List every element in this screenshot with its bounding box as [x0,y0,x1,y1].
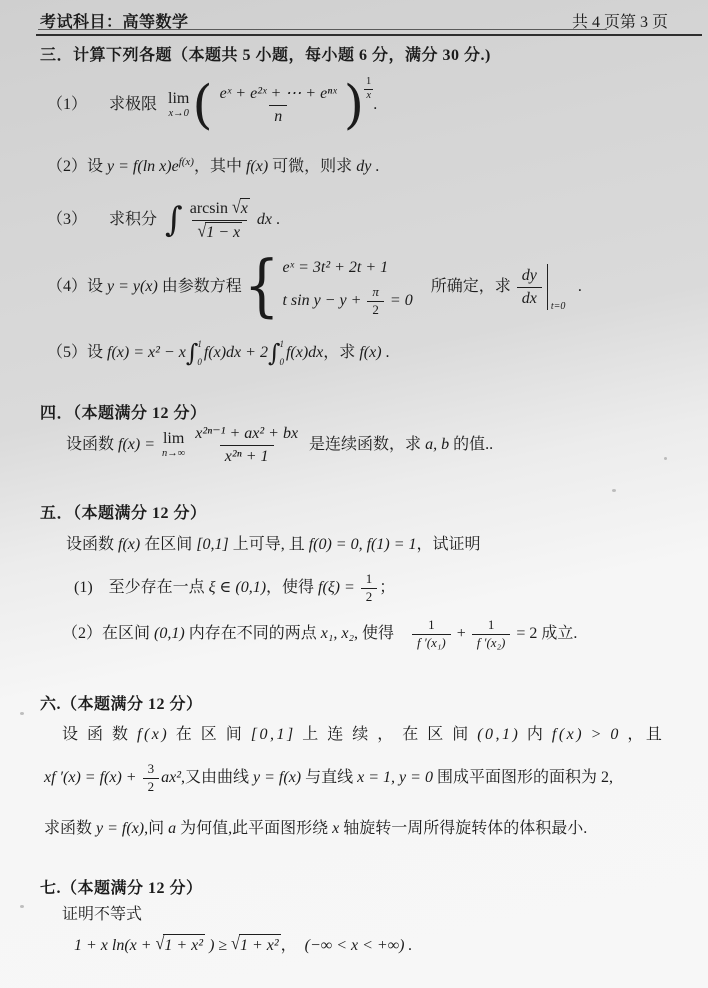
p2-math: (0,1) [154,625,185,642]
section5-part1: (1) 至少存在一点 ξ ∈ (0,1)，使得 f(ξ) = 12； [74,572,395,605]
question-3-5: （5）设 f(x) = x² − x∫10f(x)dx + 2∫10f(x)dx… [47,340,390,367]
equals-two: = 2 [512,625,541,642]
lim-word: lim [168,91,189,107]
cases-system: {eˣ = 3t² + 2t + 1t sin y − y + π2 = 0 [244,257,413,317]
case-rows: eˣ = 3t² + 2t + 1t sin y − y + π2 = 0 [282,257,412,317]
s6p3-math: y = f(x) [96,820,144,837]
frac-num: 3 [143,762,160,778]
q4-label: （4） [47,278,87,295]
s4-math2: a, b [425,436,449,453]
q2-superscript: f(x) [179,156,194,168]
s5-math3: f(0) = 0, f(1) = 1 [309,536,417,553]
s6p3-text3: 为何值,此平面图形绕 [176,820,332,837]
lim-word: lim [163,431,184,447]
p1-tail: ； [379,579,395,596]
two: 2 [367,301,384,318]
section4-title: 四．（本题满分 12 分） [40,403,207,425]
radicand: x [240,198,250,219]
eval-subscript: t=0 [551,300,566,314]
s6p2-math: xf ′(x) = f(x) + [44,769,141,786]
question-3-2: （2）设 y = f(ln x)ef(x)，其中 f(x) 可微，则求 dy . [47,156,379,178]
page-header-right: 共 4 页第 3 页 [572,12,668,34]
q1-exponent: 1x [364,76,373,102]
lim-subscript: x→0 [168,109,188,120]
question-3-1: （1）求极限limx→0(eˣ + e²ˣ + ⋯ + eⁿˣn)1x. [47,84,377,127]
s6-math2: [0,1] [251,726,296,743]
dy: dy [517,266,542,287]
int-upper: 1 [279,340,284,349]
q5-label: （5） [47,344,87,361]
q3-dx: dx [257,211,272,228]
left-brace: { [244,257,280,317]
s4-math: f(x) = [118,436,159,453]
s6-text3: 上 连 续 ， 在 区 间 [296,726,478,743]
q1-exp-den: x [364,89,373,103]
q5-text2: 求 [339,344,359,361]
q3-prompt: 求积分 [109,211,157,228]
q4-math: y = y(x) [107,278,158,295]
int-lower: 0 [197,358,202,367]
s6p2-text3: 围成平面图形的面积为 2, [433,769,613,786]
q2-text: 设 [87,158,107,175]
q2-math2: f(x) [246,158,268,175]
p1-label: (1) [74,579,93,596]
q2-text2: ，其中 [194,158,246,175]
q1-denominator: n [269,105,287,127]
q2-math: y = f(ln x)e [107,158,179,175]
p1-text: 至少存在一点 [93,579,209,596]
q1-fraction: eˣ + e²ˣ + ⋯ + eⁿˣn [215,84,342,127]
evaluation-bar: t=0 [547,264,574,310]
frac-den: f ′(x₁) [412,634,451,651]
q3-denominator: √1 − x [192,220,247,243]
open-paren: ( [192,76,212,136]
q1-label: （1） [47,96,87,113]
q3-label: （3） [47,211,87,228]
case-equation-2: t sin y − y + π2 = 0 [282,285,412,318]
s6-math: f(x) [137,726,169,743]
reciprocal-f-prime-x1: 1f ′(x₁) [412,618,451,651]
int-lower: 0 [279,358,284,367]
s6p3-text4: 轴旋转一周所得旋转体的体积最小. [339,820,587,837]
plus-sign: + [453,625,470,642]
question-3-4: （4）设 y = y(x) 由参数方程{eˣ = 3t² + 2t + 1t s… [47,257,582,317]
frac-den: 2 [143,778,160,795]
s6-text: 设 函 数 [62,726,137,743]
section6-para1: 设 函 数 f(x) 在 区 间 [0,1] 上 连 续 ， 在 区 间 (0,… [62,724,664,746]
s5-text4: ，试证明 [417,536,481,553]
dx: dx [517,287,542,309]
s6p2-math4: x = 1, y = 0 [357,769,433,786]
q4-text2: 由参数方程 [158,278,242,295]
q4-text: 设 [87,278,107,295]
q1-period: . [373,96,377,113]
section5-part2: （2）在区间 (0,1) 内存在不同的两点 x₁, x₂, 使得 1f ′(x₁… [62,618,577,651]
q5-math4: f(x) [359,344,381,361]
s4-text: 设函数 [66,436,118,453]
s6p3-text: 求函数 [44,820,96,837]
q5-comma: ， [323,344,339,361]
s4-denominator: x²ⁿ + 1 [220,445,274,467]
q5-text: 设 [87,344,107,361]
s5-text2: 在区间 [140,536,196,553]
header-underline [38,29,607,30]
s5-math2: [0,1] [196,536,228,553]
radical-sign: √ [197,221,206,243]
s4-text3: 的值.. [449,436,493,453]
q2-period: . [371,158,379,175]
sqrt-radical: √1 + x² [231,937,280,954]
s7-math2: ) ≥ [205,937,231,954]
limit-operator: limx→0 [168,91,189,120]
s6-math3: (0,1) [477,726,520,743]
s4-numerator: x²ⁿ⁻¹ + ax² + bx [190,424,303,445]
section7-prompt: 证明不等式 [62,904,142,926]
question-3-3: （3）求积分∫arcsin √x√1 − xdx . [47,198,280,243]
section7-title: 七.（本题满分 12 分） [40,878,203,900]
p2-text: 在区间 [102,625,154,642]
lim-subscript: n→∞ [162,449,185,460]
q1-exp-num: 1 [364,76,373,89]
integral-sign: ∫ [165,207,183,234]
s6-text5: ，且 [621,726,665,743]
q5-math: f(x) = x² − x [107,344,186,361]
p2-label: （2） [62,625,102,642]
case-equation-1: eˣ = 3t² + 2t + 1 [282,257,388,279]
one-half-fraction: 12 [361,572,378,605]
section6-para3: 求函数 y = f(x),问 a 为何值,此平面图形绕 x 轴旋转一周所得旋转体… [44,818,587,840]
q5-math2: f(x)dx + 2 [204,344,268,361]
scan-speck [20,905,24,908]
section4-body: 设函数 f(x) = limn→∞x²ⁿ⁻¹ + ax² + bxx²ⁿ + 1… [66,424,493,467]
scan-speck [20,712,24,715]
integral-sign: ∫10 [268,344,286,361]
q5-period: . [382,344,390,361]
q1-numerator: eˣ + e²ˣ + ⋯ + eⁿˣ [215,84,342,105]
dy-dx-fraction: dydx [517,266,542,309]
q4-text3: 所确定，求 [415,278,515,295]
q2-label: （2） [47,158,87,175]
sqrt-radical: √1 + x² [156,937,205,954]
s6-text2: 在 区 间 [169,726,251,743]
p2-math2: x₁, x₂ [321,625,354,642]
s6p2-math2: ax² [161,769,181,786]
s6p3-text2: ,问 [144,820,168,837]
radical-sign: √ [232,197,241,219]
section6-title: 六.（本题满分 12 分） [40,694,203,716]
q4-period: . [574,278,582,295]
q2-math3: dy [356,158,371,175]
case2-right: = 0 [386,292,413,309]
s5-math: f(x) [118,536,140,553]
exam-page: 考试科目：高等数学 共 4 页第 3 页 三．计算下列各题（本题共 5 小题，每… [0,0,708,988]
radicand: 1 + x² [239,934,281,957]
section5-intro: 设函数 f(x) 在区间 [0,1] 上可导, 且 f(0) = 0, f(1)… [66,534,481,556]
frac-num: 1 [423,618,440,634]
page-header-left: 考试科目：高等数学 [40,12,189,34]
s6-math4: f(x) > 0 [552,726,621,743]
pi-over-2: π2 [367,285,384,318]
q5-math3: f(x)dx [286,344,323,361]
header-rule [36,34,702,36]
integral-sign: ∫10 [186,344,204,361]
frac-num: 1 [483,618,500,634]
p1-text2: ，使得 [266,579,318,596]
int-limits: 10 [279,340,284,367]
q3-fraction: arcsin √x√1 − x [185,198,255,243]
radical-sign: √ [231,932,240,956]
p2-text3: , 使得 [354,625,410,642]
section6-para2: xf ′(x) = f(x) + 32ax²,又由曲线 y = f(x) 与直线… [44,762,613,795]
frac-num: 1 [361,572,378,588]
int-upper: 1 [197,340,202,349]
section5-title: 五．（本题满分 12 分） [40,503,207,525]
s4-fraction: x²ⁿ⁻¹ + ax² + bxx²ⁿ + 1 [190,424,303,467]
p2-text2: 内存在不同的两点 [185,625,321,642]
int-limits: 10 [197,340,202,367]
sqrt-radical: √1 − x [197,224,242,241]
s6-text4: 内 [520,726,552,743]
scan-speck [664,457,667,460]
s6p2-text: ,又由曲线 [181,769,253,786]
three-halves-fraction: 32 [143,762,160,795]
arcsin-label: arcsin [190,200,232,217]
s7-math: 1 + x ln(x + [74,937,156,954]
sqrt-radical: √x [232,200,250,217]
close-paren: ) [344,76,364,136]
radicand: 1 + x² [163,934,205,957]
q3-period: . [272,211,280,228]
frac-den: f ′(x₂) [472,634,511,651]
s6p2-text2: 与直线 [301,769,357,786]
section7-inequality: 1 + x ln(x + √1 + x² ) ≥ √1 + x²， (−∞ < … [74,934,412,957]
s4-text2: 是连续函数，求 [305,436,425,453]
s6p3-math2: a [168,820,176,837]
p2-tail: 成立. [541,625,577,642]
s6p2-math3: y = f(x) [253,769,301,786]
q2-text3: 可微，则求 [268,158,356,175]
p1-math: ξ ∈ (0,1) [209,579,266,596]
reciprocal-f-prime-x2: 1f ′(x₂) [472,618,511,651]
radical-sign: √ [156,932,165,956]
s7-domain: (−∞ < x < +∞) . [305,937,413,954]
limit-operator: limn→∞ [162,431,185,460]
s5-text: 设函数 [66,536,118,553]
case2-left: t sin y − y + [282,292,365,309]
scan-speck [612,489,616,492]
q3-numerator: arcsin √x [185,198,255,220]
frac-den: 2 [361,588,378,605]
p1-math2: f(ξ) = [318,579,359,596]
radicand: 1 − x [205,222,242,243]
pi: π [367,285,384,301]
s7-comma: ， [281,937,305,954]
section3-title: 三．计算下列各题（本题共 5 小题，每小题 6 分，满分 30 分.) [40,45,491,67]
q1-prompt: 求极限 [109,96,157,113]
s5-text3: 上可导, 且 [229,536,309,553]
